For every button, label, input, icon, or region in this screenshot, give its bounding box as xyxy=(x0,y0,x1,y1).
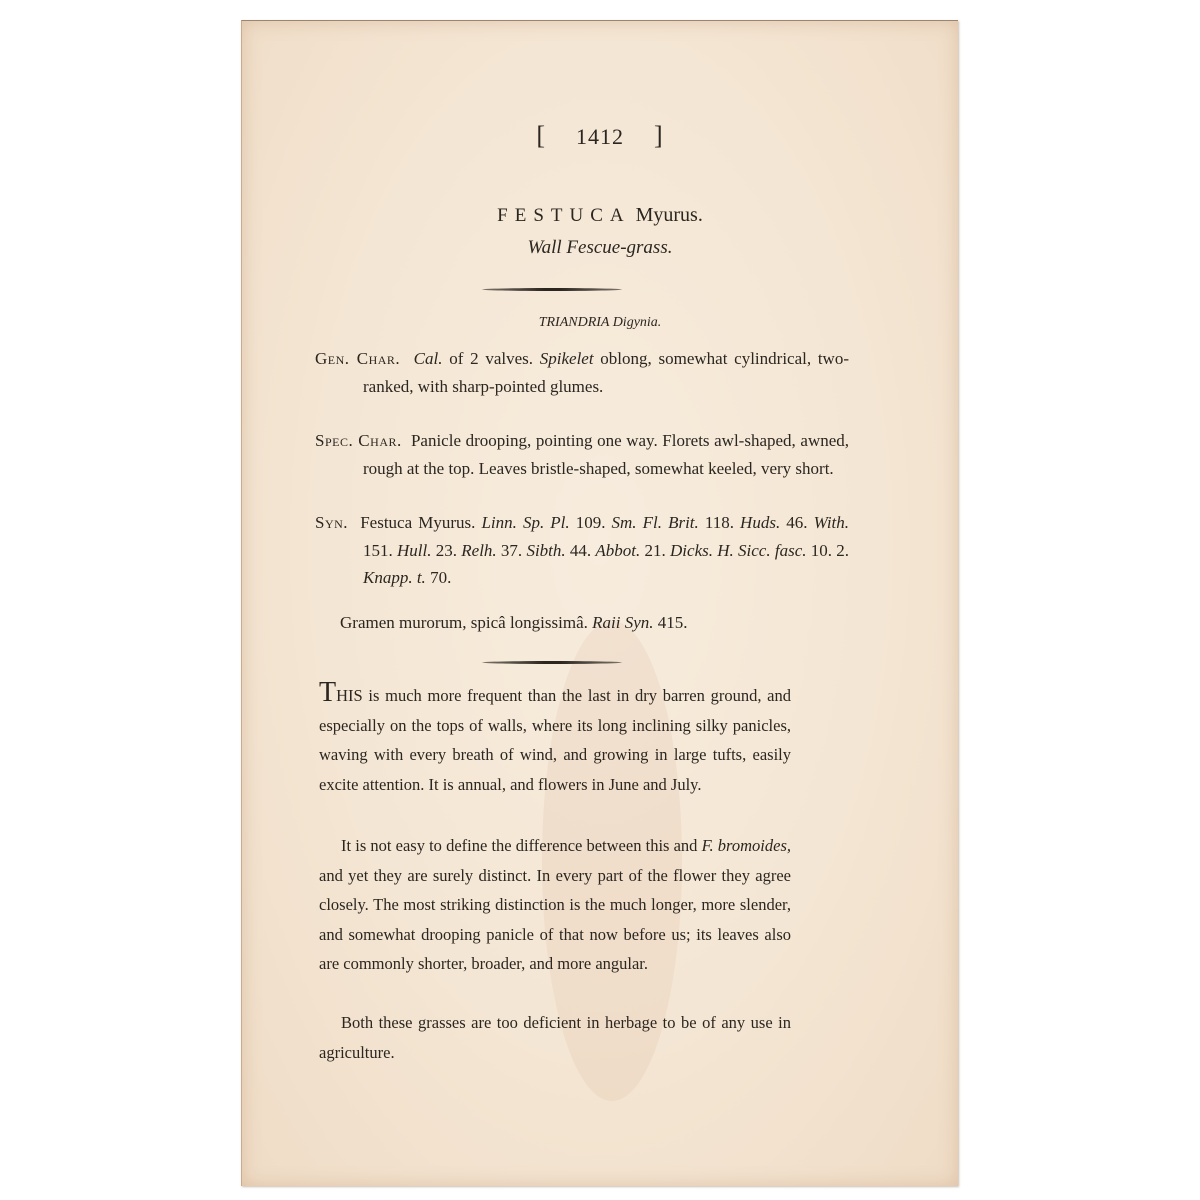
page-number-value: 1412 xyxy=(576,124,624,149)
paragraph-1: THIS is much more frequent than the last… xyxy=(319,681,791,799)
paragraph-2: It is not easy to define the difference … xyxy=(319,831,791,979)
synonyms: Syn. Festuca Myurus. Linn. Sp. Pl. 109. … xyxy=(315,509,849,592)
spec-char-label: Spec. Char. xyxy=(315,431,402,450)
page-number: [1412] xyxy=(242,121,958,151)
syn-label: Syn. xyxy=(315,513,348,532)
spec-char-text: Panicle drooping, pointing one way. Flor… xyxy=(363,431,849,478)
paragraph-3: Both these grasses are too deficient in … xyxy=(319,1008,791,1067)
generic-character: Gen. Char. Cal. of 2 valves. Spikelet ob… xyxy=(315,345,849,400)
common-name: Wall Fescue-grass. xyxy=(242,237,958,259)
linnaean-classification: TRIANDRIA Digynia. xyxy=(242,315,958,331)
species-title: FESTUCA Myurus. xyxy=(242,204,958,227)
bracket-open: [ xyxy=(536,121,546,150)
bracket-close: ] xyxy=(654,121,664,150)
title-species: Myurus. xyxy=(636,204,703,226)
divider-rule xyxy=(482,288,622,291)
specific-character: Spec. Char. Panicle drooping, pointing o… xyxy=(315,427,849,482)
gen-char-label: Gen. Char. xyxy=(315,349,400,368)
title-genus: FESTUCA xyxy=(497,205,630,226)
gramen-synonym: Gramen murorum, spicâ longissimâ. Raii S… xyxy=(340,613,688,633)
book-page: [1412] FESTUCA Myurus. Wall Fescue-grass… xyxy=(241,20,958,1186)
drop-cap: T xyxy=(319,677,336,708)
divider-rule xyxy=(482,661,622,664)
